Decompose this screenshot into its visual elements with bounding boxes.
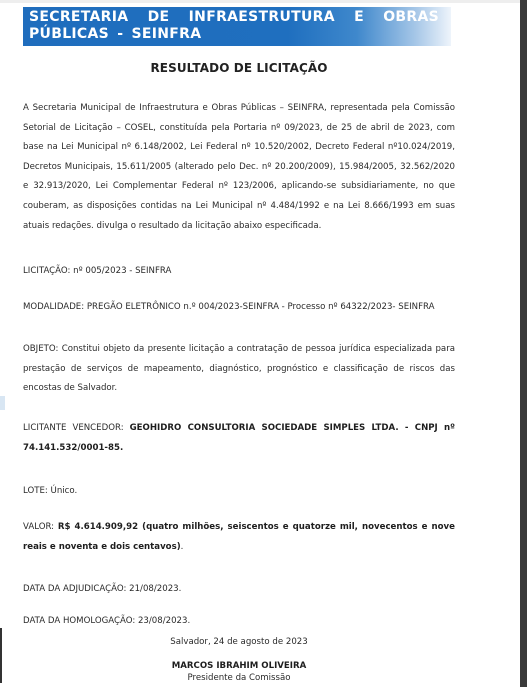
- signature-place-date: Salvador, 24 de agosto de 2023: [0, 637, 478, 647]
- document-title: RESULTADO DE LICITAÇÃO: [0, 61, 478, 75]
- valor-value: R$ 4.614.909,92 (quatro milhões, seiscen…: [23, 522, 455, 552]
- signature-role: Presidente da Comissão: [0, 673, 478, 683]
- lote-line: LOTE: Único.: [23, 482, 455, 502]
- banner-title: SECRETARIA DE INFRAESTRUTURA E OBRAS PÚB…: [29, 9, 439, 43]
- adjudicacao-line: DATA DA ADJUDICAÇÃO: 21/08/2023.: [23, 580, 455, 600]
- objeto-paragraph: OBJETO: Constitui objeto da presente lic…: [23, 340, 455, 399]
- header-banner: SECRETARIA DE INFRAESTRUTURA E OBRAS PÚB…: [23, 7, 451, 46]
- valor-label: VALOR:: [23, 522, 58, 532]
- licitante-label: LICITANTE VENCEDOR:: [23, 423, 130, 433]
- licitante-paragraph: LICITANTE VENCEDOR: GEOHIDRO CONSULTORIA…: [23, 419, 455, 458]
- viewer-scrollbar[interactable]: [520, 0, 527, 687]
- signature-name: MARCOS IBRAHIM OLIVEIRA: [0, 661, 478, 671]
- homologacao-line: DATA DA HOMOLOGAÇÃO: 23/08/2023.: [23, 612, 455, 632]
- valor-suffix: .: [181, 542, 184, 552]
- page-top-edge: [0, 0, 527, 3]
- valor-paragraph: VALOR: R$ 4.614.909,92 (quatro milhões, …: [23, 518, 455, 557]
- intro-paragraph: A Secretaria Municipal de Infraestrutura…: [23, 99, 455, 236]
- licitacao-line: LICITAÇÃO: nº 005/2023 - SEINFRA: [23, 262, 455, 282]
- modalidade-line: MODALIDADE: PREGÃO ELETRÔNICO n.º 004/20…: [23, 298, 455, 318]
- page-edge-tint: [0, 396, 5, 410]
